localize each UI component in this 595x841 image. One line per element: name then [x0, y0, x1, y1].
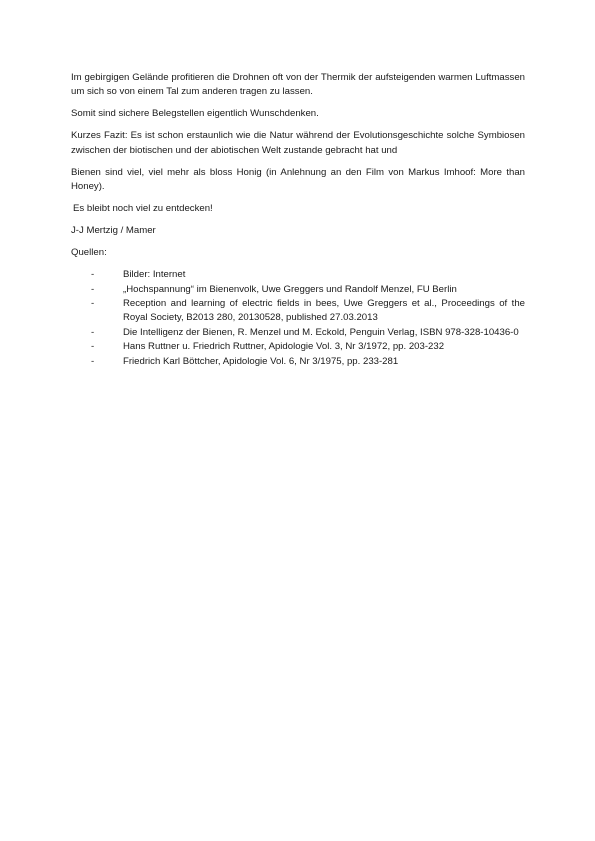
paragraph-bienen-honig: Bienen sind viel, viel mehr als bloss Ho… [71, 166, 525, 195]
bullet-dash-icon: - [91, 355, 107, 369]
paragraph-entdecken: Es bleibt noch viel zu entdecken! [71, 202, 525, 216]
source-text: Reception and learning of electric field… [123, 298, 525, 323]
bullet-dash-icon: - [91, 340, 107, 354]
source-item: -Hans Ruttner u. Friedrich Ruttner, Apid… [107, 340, 525, 354]
sources-list: -Bilder: Internet -„Hochspannung“ im Bie… [71, 268, 525, 369]
paragraph-belegstellen: Somit sind sichere Belegstellen eigentli… [71, 107, 525, 121]
source-text: Die Intelligenz der Bienen, R. Menzel un… [123, 327, 519, 338]
source-text: Bilder: Internet [123, 269, 185, 280]
sources-heading: Quellen: [71, 246, 525, 260]
paragraph-fazit: Kurzes Fazit: Es ist schon erstaunlich w… [71, 129, 525, 158]
source-item: -Die Intelligenz der Bienen, R. Menzel u… [107, 326, 525, 340]
paragraph-thermik: Im gebirgigen Gelände profitieren die Dr… [71, 71, 525, 100]
source-text: Friedrich Karl Böttcher, Apidologie Vol.… [123, 356, 398, 367]
source-item: -Friedrich Karl Böttcher, Apidologie Vol… [107, 355, 525, 369]
bullet-dash-icon: - [91, 326, 107, 340]
source-text: Hans Ruttner u. Friedrich Ruttner, Apido… [123, 341, 444, 352]
bullet-dash-icon: - [91, 268, 107, 282]
document-page: Im gebirgigen Gelände profitieren die Dr… [71, 71, 525, 369]
author-signature: J-J Mertzig / Mamer [71, 224, 525, 238]
bullet-dash-icon: - [91, 297, 107, 311]
source-text: „Hochspannung“ im Bienenvolk, Uwe Gregge… [123, 284, 457, 295]
source-item: -Reception and learning of electric fiel… [107, 297, 525, 326]
source-item: -Bilder: Internet [107, 268, 525, 282]
bullet-dash-icon: - [91, 283, 107, 297]
source-item: -„Hochspannung“ im Bienenvolk, Uwe Gregg… [107, 283, 525, 297]
